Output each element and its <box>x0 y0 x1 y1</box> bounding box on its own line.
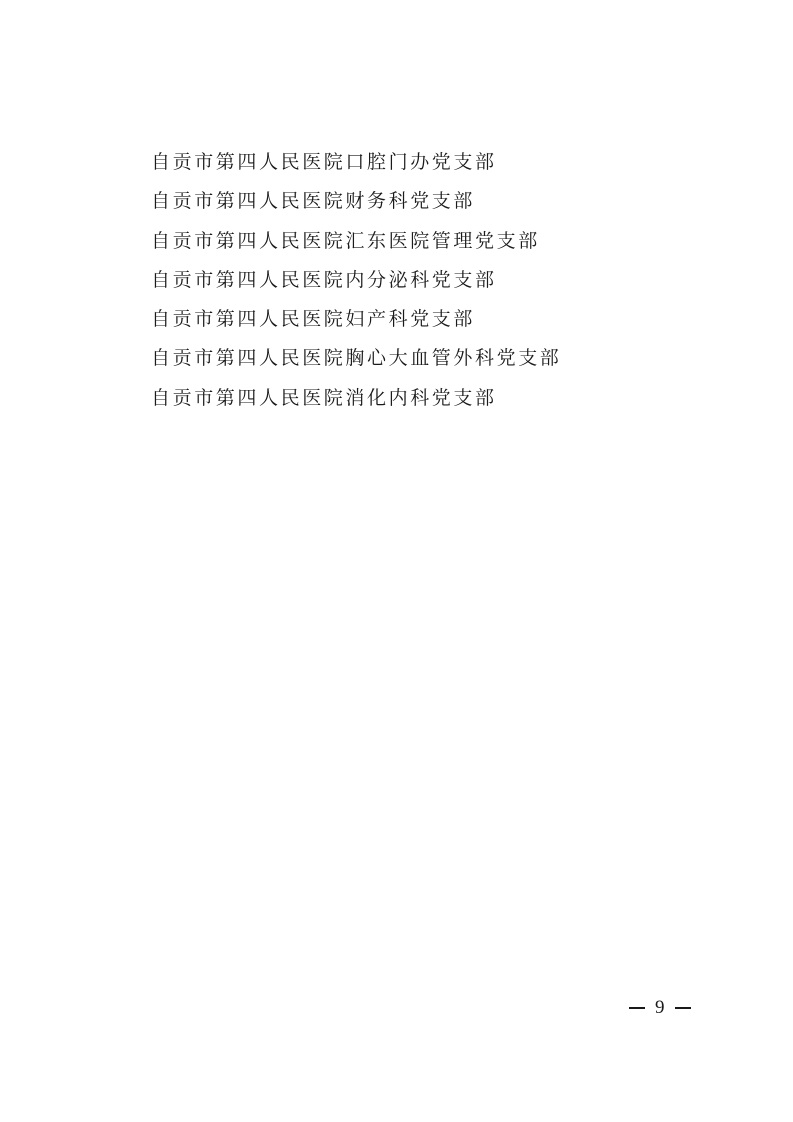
page-number: 9 <box>629 997 691 1019</box>
list-item: 自贡市第四人民医院口腔门办党支部 <box>151 148 561 187</box>
page-number-value: 9 <box>655 997 665 1019</box>
list-item: 自贡市第四人民医院胸心大血管外科党支部 <box>151 344 561 383</box>
list-item: 自贡市第四人民医院妇产科党支部 <box>151 305 561 344</box>
dash-left <box>629 1007 645 1008</box>
list-item: 自贡市第四人民医院内分泌科党支部 <box>151 266 561 305</box>
list-item: 自贡市第四人民医院财务科党支部 <box>151 187 561 226</box>
document-page: 自贡市第四人民医院口腔门办党支部 自贡市第四人民医院财务科党支部 自贡市第四人民… <box>0 0 793 1122</box>
list-item: 自贡市第四人民医院汇东医院管理党支部 <box>151 227 561 266</box>
party-branch-list: 自贡市第四人民医院口腔门办党支部 自贡市第四人民医院财务科党支部 自贡市第四人民… <box>151 148 561 423</box>
dash-right <box>675 1007 691 1008</box>
list-item: 自贡市第四人民医院消化内科党支部 <box>151 384 561 423</box>
